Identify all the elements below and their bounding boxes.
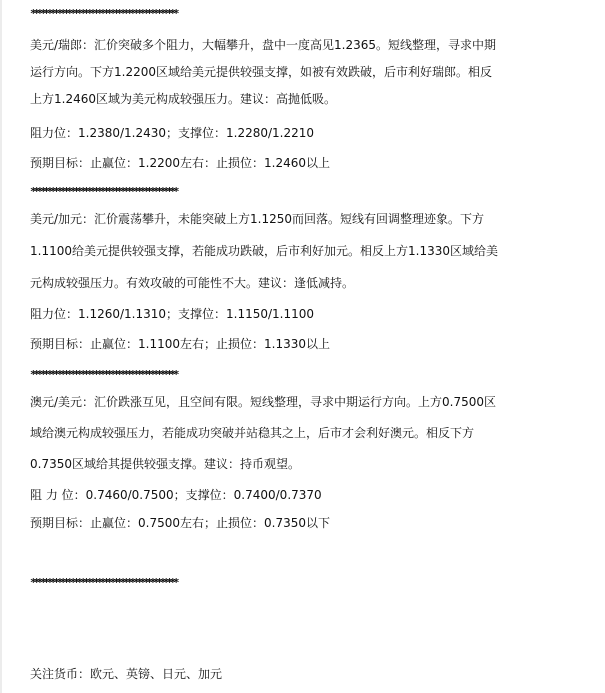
levels-line: 阻力位：1.1260/1.1310；支撑位：1.1150/1.1100 — [30, 307, 314, 321]
analysis-line: 美元/瑞郎：汇价突破多个阻力，大幅攀升，盘中一度高见1.2365。短线整理，寻求… — [30, 38, 496, 52]
analysis-line: 澳元/美元：汇价跌涨互见，且空间有限。短线整理，寻求中期运行方向。上方0.750… — [30, 395, 496, 409]
separator-line: ****************************************… — [30, 369, 176, 381]
analysis-line: 上方1.2460区域为美元构成较强压力。建议：高抛低吸。 — [30, 92, 336, 106]
watch-currencies-line: 关注货币：欧元、英镑、日元、加元 — [30, 667, 222, 681]
analysis-line: 运行方向。下方1.2200区域给美元提供较强支撑，如被有效跌破，后市利好瑞郎。相… — [30, 65, 492, 79]
targets-line: 预期目标：止赢位：0.7500左右；止损位：0.7350以下 — [30, 516, 330, 530]
separator-line: ****************************************… — [30, 8, 176, 20]
analysis-line: 域给澳元构成较强压力，若能成功突破并站稳其之上，后市才会利好澳元。相反下方 — [30, 426, 474, 440]
separator-line: ****************************************… — [30, 577, 176, 589]
page-left-border — [0, 0, 2, 693]
separator-line: ****************************************… — [30, 186, 176, 198]
levels-line: 阻力位：1.2380/1.2430；支撑位：1.2280/1.2210 — [30, 126, 314, 140]
targets-line: 预期目标：止赢位：1.2200左右：止损位：1.2460以上 — [30, 156, 330, 170]
analysis-line: 1.1100给美元提供较强支撑，若能成功跌破，后市利好加元。相反上方1.1330… — [30, 244, 498, 258]
targets-line: 预期目标：止赢位：1.1100左右；止损位：1.1330以上 — [30, 337, 330, 351]
levels-line: 阻 力 位：0.7460/0.7500；支撑位：0.7400/0.7370 — [30, 488, 322, 502]
analysis-line: 元构成较强压力。有效攻破的可能性不大。建议：逢低减持。 — [30, 276, 354, 290]
analysis-line: 美元/加元：汇价震荡攀升，未能突破上方1.1250而回落。短线有回调整理迹象。下… — [30, 212, 484, 226]
analysis-line: 0.7350区域给其提供较强支撑。建议：持币观望。 — [30, 457, 300, 471]
